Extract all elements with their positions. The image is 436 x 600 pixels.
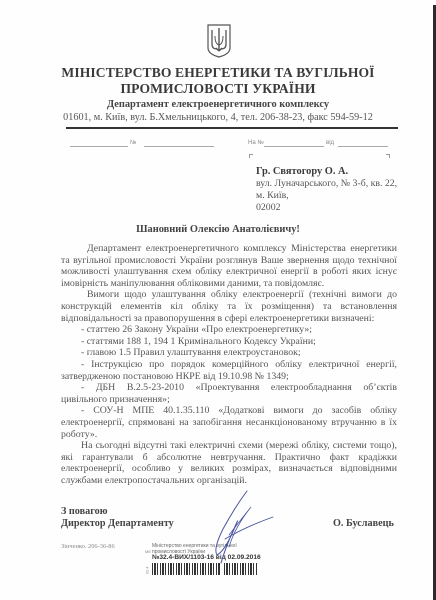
letter-body: Департамент електроенергетичного комплек… xyxy=(61,243,397,486)
body-paragraph: На сьогодні відсутні такі електричні схе… xyxy=(61,440,397,486)
stamp-side-code: МЕ xyxy=(145,549,151,554)
recipient-address-block: Гр. Святогору О. А. вул. Луначарського, … xyxy=(256,166,397,214)
handwritten-signature-icon xyxy=(195,487,275,567)
outgoing-number-blank-line xyxy=(144,146,214,147)
recipient-postcode: 02002 xyxy=(256,202,397,214)
from-date-label: від xyxy=(326,140,334,146)
executor-contact: Зінченко. 206-36-86 xyxy=(61,543,115,550)
regards-text: З повагою xyxy=(61,506,174,518)
list-item: - ДБН В.2.5-23-2010 «Проектування електр… xyxy=(61,382,397,405)
signer-position: Директор Департаменту xyxy=(61,518,174,530)
reply-date-blank-line xyxy=(338,146,388,147)
letterhead-divider xyxy=(66,127,398,129)
reply-to-label: На № xyxy=(248,140,264,146)
body-paragraph: Департамент електроенергетичного комплек… xyxy=(61,243,397,289)
address-corner-bracket-left xyxy=(249,154,253,158)
number-sign-label: № xyxy=(130,140,136,146)
list-item: - статтею 26 Закону України «Про електро… xyxy=(61,324,397,336)
body-paragraph: Вимоги щодо улаштування обліку електроен… xyxy=(61,289,397,324)
ministry-title-line1: МІНІСТЕРСТВО ЕНЕРГЕТИКИ ТА ВУГІЛЬНОЇ xyxy=(0,65,436,81)
salutation: Шановний Олексію Анатолієвичу! xyxy=(0,224,436,235)
letter-page: МІНІСТЕРСТВО ЕНЕРГЕТИКИ ТА ВУГІЛЬНОЇ ПРО… xyxy=(0,0,436,600)
list-item: - главою 1.5 Правил улаштування електроу… xyxy=(61,347,397,359)
recipient-city: м. Київ, xyxy=(256,190,397,202)
list-item: - СОУ-Н МПЕ 40.1.35.110 «Додаткові вимог… xyxy=(61,405,397,440)
ministry-title-line2: ПРОМИСЛОВОСТІ УКРАЇНИ xyxy=(0,81,436,97)
signature-block: З повагою Директор Департаменту xyxy=(61,506,174,530)
list-item: - статтями 188 1, 194 1 Кримінального Ко… xyxy=(61,336,397,348)
address-corner-bracket-right xyxy=(386,154,390,158)
signer-name: О. Буславець xyxy=(333,518,394,529)
reply-number-blank-line xyxy=(264,146,324,147)
recipient-street: вул. Луначарського, № 3-б, кв. 22, xyxy=(256,178,397,190)
department-address: 01601, м. Київ, вул. Б.Хмельницького, 4,… xyxy=(0,112,436,123)
recipient-name: Гр. Святогору О. А. xyxy=(256,166,397,178)
list-item: - Інструкцією про порядок комерційного о… xyxy=(61,359,397,382)
department-name: Департамент електроенергетичного комплек… xyxy=(0,99,436,110)
date-blank-line xyxy=(70,146,128,147)
ukraine-trident-emblem-icon xyxy=(207,24,231,58)
stamp-side-code-rotated: 32.4 xyxy=(144,567,149,575)
